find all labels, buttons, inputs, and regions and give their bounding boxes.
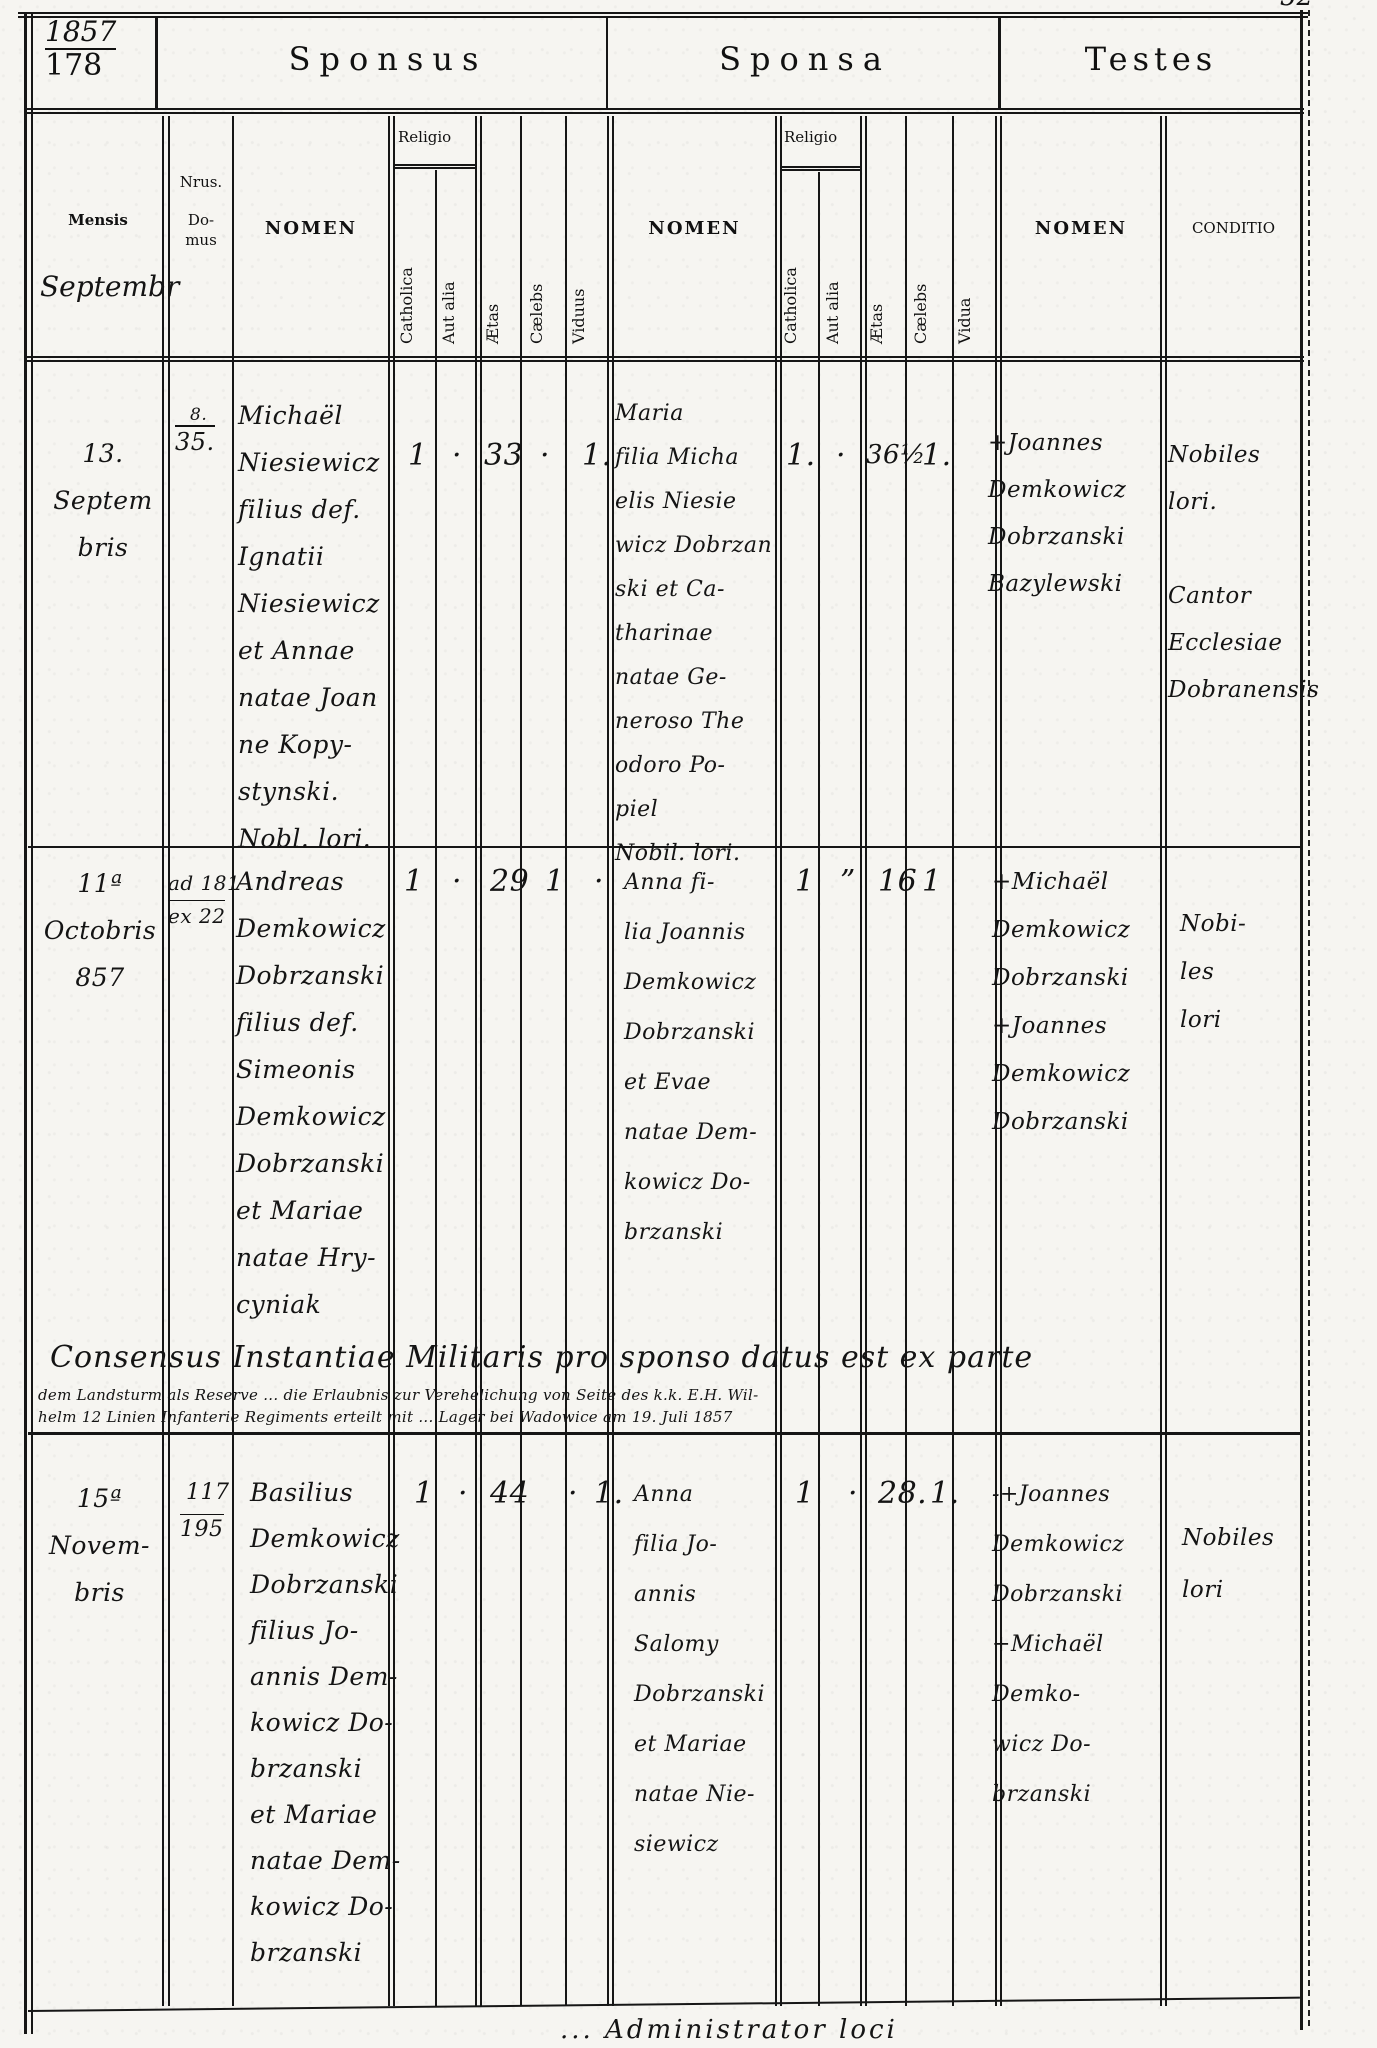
header-bride-aut-alia: Aut alia — [823, 281, 842, 344]
entry-3-groom-viduus: 1. — [594, 1470, 624, 1517]
entry-3-groom-aut-alia: · — [458, 1470, 468, 1517]
sep-bride-cath — [818, 172, 820, 2006]
header-domus: Do- mus — [170, 210, 232, 251]
header-groom-caelebs: Cælebs — [527, 284, 546, 344]
frame-right — [1300, 10, 1303, 2030]
note-line-1: Consensus Instantiae Militaris pro spons… — [50, 1340, 1033, 1375]
entry-2-groom-caelebs: 1 — [545, 858, 565, 905]
header-bride-aetas: Ætas — [867, 304, 886, 344]
entry-2-bride-aut-alia: ” — [840, 858, 856, 905]
header-bride-religio: Religio — [784, 128, 837, 146]
frame-left — [24, 14, 27, 2034]
header-bride-vidua: Vidua — [955, 298, 974, 344]
entry-1-groom-aut-alia: · — [452, 432, 462, 479]
entry-3-groom-aetas: 44 — [490, 1470, 529, 1517]
entry-1-date: 13. Septem bris — [48, 430, 158, 571]
entry-1-groom-aetas: 33 — [484, 432, 523, 479]
group-title-sponsa: Sponsa — [612, 40, 998, 78]
entry-2-groom-aut-alia: · — [452, 858, 462, 905]
header-bride-caelebs: Cælebs — [911, 284, 930, 344]
entry-2-house-bottom: ex 22 — [168, 900, 225, 931]
sep-groom-viduus-b — [612, 116, 614, 2006]
entry-2-groom-viduus: · — [594, 858, 604, 905]
entry-1-groom-caelebs: · — [540, 432, 550, 479]
entry-1-bride-aut-alia: · — [836, 432, 846, 479]
sep-groom-cath — [435, 170, 437, 2006]
sep-testes-nomen-b — [1165, 116, 1167, 2006]
entry-3-bride-aut-alia: · — [848, 1470, 858, 1517]
entry-2-groom-aetas: 29 — [490, 858, 529, 905]
sep-groom-autalia — [475, 116, 477, 2006]
row-3-rule — [28, 1997, 1300, 2012]
entry-3-bride-catholica: 1 — [795, 1470, 815, 1517]
entry-1-witnesses: +Joannes Demkowicz Dobrzanski Bazylewski — [988, 420, 1126, 608]
sep-bride-autalia — [860, 116, 862, 2006]
note-line-2: dem Landsturm als Reserve ... die Erlaub… — [38, 1386, 759, 1404]
header-mensis: Mensis — [34, 210, 162, 230]
entry-1-groom-viduus: 1. — [582, 432, 612, 479]
entry-3-house-top: 117 — [186, 1478, 230, 1508]
header-groom-nomen: NOMEN — [234, 218, 388, 239]
entry-3-conditio: Nobiles lori — [1182, 1512, 1274, 1616]
entry-2-date: 11ª Octobris 857 — [40, 860, 160, 1001]
sep-bride-aetas — [905, 116, 907, 2006]
header-groom-religio: Religio — [398, 128, 451, 146]
sep-testes-nomen — [1160, 116, 1162, 2006]
sep-sponsus-sponsa-group — [606, 16, 608, 110]
group-title-testes: Testes — [1002, 40, 1300, 78]
header-bride-nomen: NOMEN — [614, 218, 775, 239]
group-header-rule — [24, 108, 1304, 114]
entry-1-conditio: Nobiles lori. Cantor Ecclesiae Dobranens… — [1168, 432, 1319, 714]
sep-groom-aetas — [520, 116, 522, 2006]
sep-bride-nomen-b — [780, 116, 782, 2006]
header-groom-aut-alia: Aut alia — [439, 281, 458, 344]
register-year: 1857 — [45, 18, 116, 46]
bride-religio-rule — [782, 166, 860, 171]
note-rule — [28, 1432, 1300, 1435]
groom-religio-rule — [395, 164, 475, 169]
sep-sponsa-testes-group — [998, 16, 1001, 110]
header-mensis-value: Septembr — [40, 270, 179, 303]
sep-groom-autalia-b — [480, 116, 482, 2006]
entry-3-bride-caelebs: 1. — [930, 1470, 960, 1517]
sep-mensis-b — [168, 116, 170, 2006]
sep-groom-viduus — [607, 116, 609, 2006]
sep-mensis-group — [155, 16, 158, 110]
entry-2-groom-name: Andreas Demkowicz Dobrzanski filius def.… — [236, 858, 386, 1328]
header-testes-conditio: CONDITIO — [1167, 218, 1300, 238]
entry-2-conditio: Nobi- les lori — [1180, 900, 1246, 1044]
sep-nrus — [232, 116, 234, 2006]
entry-2-witnesses: +Michaël Demkowicz Dobrzanski +Joannes D… — [992, 858, 1130, 1146]
frame-right-outer — [1308, 10, 1310, 2030]
register-entry-range: 178 — [45, 48, 116, 80]
entry-2-groom-catholica: 1 — [404, 858, 424, 905]
entry-3-groom-caelebs: · — [568, 1470, 578, 1517]
sep-bride-autalia-b — [865, 116, 867, 2006]
column-header-rule — [24, 356, 1304, 362]
entry-2-bride-caelebs: 1 — [922, 858, 942, 905]
entry-3-groom-catholica: 1 — [414, 1470, 434, 1517]
register-page: 1857 178 52 Sponsus Sponsa Testes Mensis… — [0, 0, 1377, 2048]
frame-left-inner — [31, 14, 33, 2034]
entry-1-house-bottom: 35. — [175, 425, 215, 457]
entry-2-bride-aetas: 16 — [878, 858, 917, 905]
entry-3-bride-aetas: 28. — [878, 1470, 927, 1517]
sep-bride-nomen — [775, 116, 777, 2006]
header-groom-aetas: Ætas — [483, 304, 502, 344]
group-title-sponsus: Sponsus — [170, 40, 606, 78]
entry-1-bride-name: Maria filia Micha elis Niesie wicz Dobrz… — [615, 392, 772, 876]
entry-2-bride-name: Anna fi- lia Joannis Demkowicz Dobrzansk… — [624, 858, 757, 1258]
entry-2-bride-catholica: 1 — [795, 858, 815, 905]
footer-fragment: ... Administrator loci — [560, 2015, 898, 2045]
header-testes-nomen: NOMEN — [1002, 218, 1160, 239]
header-bride-catholica: Catholica — [781, 267, 800, 344]
entry-2-house-top: ad 181 — [168, 868, 240, 898]
entry-1-bride-catholica: 1. — [786, 432, 816, 479]
header-groom-catholica: Catholica — [397, 267, 416, 344]
entry-1-bride-caelebs: 1. — [922, 432, 952, 479]
top-rule — [18, 12, 1308, 18]
entry-3-witnesses: -+Joannes Demkowicz Dobrzanski +Michaël … — [992, 1470, 1124, 1820]
entry-1-bride-aetas: 36½ — [866, 432, 926, 479]
entry-1-groom-name: Michaël Niesiewicz filius def. Ignatii N… — [238, 392, 380, 862]
entry-3-date: 15ª Novem- bris — [42, 1475, 157, 1616]
sep-mensis — [162, 116, 164, 2006]
register-number: 1857 178 — [45, 18, 116, 80]
entry-1-groom-catholica: 1 — [408, 432, 428, 479]
note-line-3: helm 12 Linien Infanterie Regiments erte… — [38, 1408, 733, 1426]
sep-bride-caelebs — [952, 116, 954, 2006]
header-groom-viduus: Viduus — [569, 289, 588, 344]
entry-3-house-bottom: 195 — [180, 1514, 224, 1545]
corner-mark: 52 — [1280, 0, 1313, 12]
sep-groom-caelebs — [565, 116, 567, 2006]
entry-3-bride-name: Anna filia Jo- annis Salomy Dobrzanski e… — [634, 1470, 765, 1870]
header-nrus: Nrus. — [170, 172, 232, 192]
entry-3-groom-name: Basilius Demkowicz Dobrzanski filius Jo-… — [250, 1470, 401, 1976]
